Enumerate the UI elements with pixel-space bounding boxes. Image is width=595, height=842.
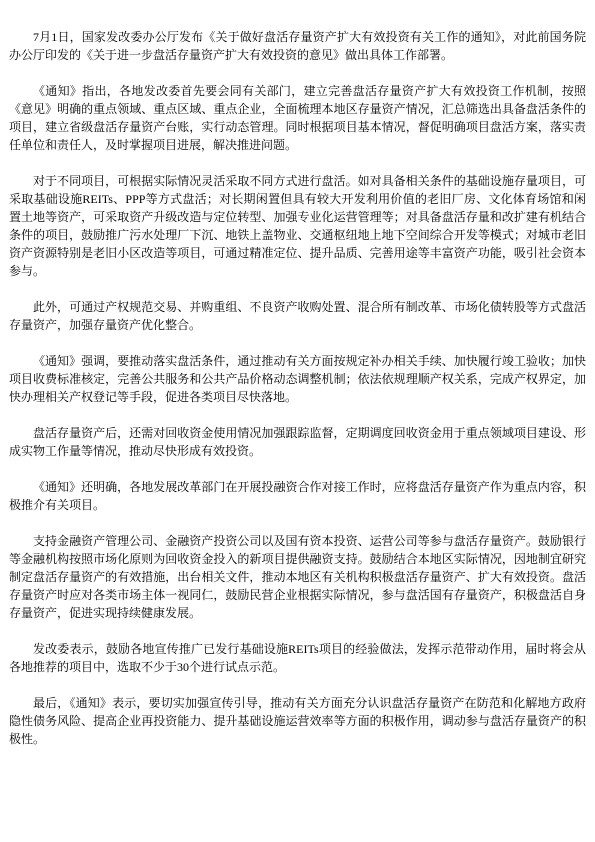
document-page: 7月1日，国家发改委办公厅发布《关于做好盘活存量资产扩大有效投资有关工作的通知》… — [0, 0, 595, 842]
paragraph: 最后，《通知》表示，要切实加强宣传引导，推动有关方面充分认识盘活存量资产在防范和… — [9, 694, 586, 748]
paragraph: 对于不同项目，可根据实际情况灵活采取不同方式进行盘活。如对具备相关条件的基础设施… — [9, 172, 586, 280]
paragraph: 支持金融资产管理公司、金融资产投资公司以及国有资本投资、运营公司等参与盘活存量资… — [9, 532, 586, 622]
paragraph: 发改委表示，鼓励各地宣传推广已发行基础设施REITs项目的经验做法，发挥示范带动… — [9, 640, 586, 676]
paragraph: 《通知》强调，要推动落实盘活条件，通过推动有关方面按规定补办相关手续、加快履行竣… — [9, 352, 586, 406]
paragraph: 盘活存量资产后，还需对回收资金使用情况加强跟踪监督，定期调度回收资金用于重点领域… — [9, 424, 586, 460]
paragraph: 此外，可通过产权规范交易、并购重组、不良资产收购处置、混合所有制改革、市场化债转… — [9, 298, 586, 334]
paragraph: 7月1日，国家发改委办公厅发布《关于做好盘活存量资产扩大有效投资有关工作的通知》… — [9, 28, 586, 64]
paragraph: 《通知》还明确，各地发展改革部门在开展投融资合作对接工作时，应将盘活存量资产作为… — [9, 478, 586, 514]
paragraph: 《通知》指出，各地发改委首先要会同有关部门，建立完善盘活存量资产扩大有效投资工作… — [9, 82, 586, 154]
